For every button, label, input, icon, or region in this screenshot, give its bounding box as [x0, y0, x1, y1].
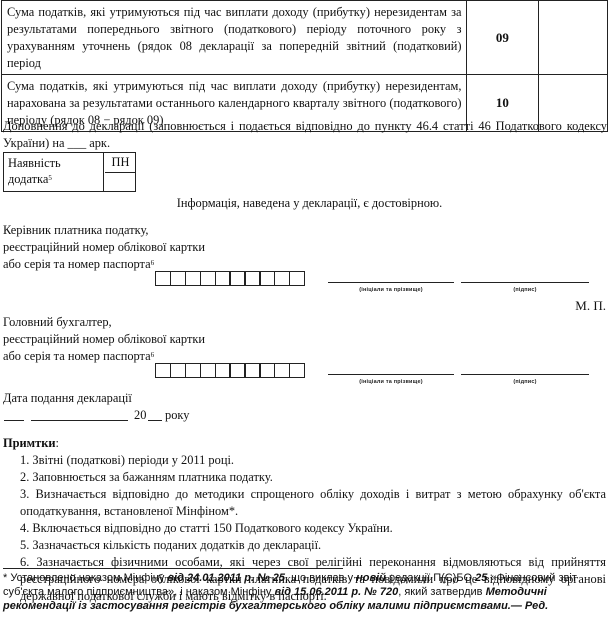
notes-title-text: Примтки — [3, 436, 55, 450]
accountant-signature-line[interactable] — [461, 374, 589, 375]
id-cell[interactable] — [229, 363, 245, 378]
accountant-name-line[interactable] — [328, 374, 454, 375]
date-year-prefix: 20 — [134, 407, 146, 424]
row-value-field[interactable] — [539, 1, 608, 75]
accountant-label-line: Головний бухгалтер, — [3, 314, 205, 331]
attachment-label: Наявність додатка5 — [4, 153, 104, 191]
date-year-suffix: року — [165, 407, 189, 424]
footnote-ref: 6 — [151, 259, 155, 267]
id-cell[interactable] — [185, 271, 201, 286]
submission-date-row: 20 року — [3, 407, 203, 424]
id-cell[interactable] — [244, 363, 260, 378]
id-cell[interactable] — [155, 271, 171, 286]
accountant-label-line: або серія та номер паспорта — [3, 349, 151, 363]
id-cell[interactable] — [289, 271, 305, 286]
footnote-ref: 5 — [48, 174, 52, 182]
id-cell[interactable] — [259, 271, 275, 286]
id-cell[interactable] — [215, 271, 231, 286]
note-item: 4. Включається відповідно до статті 150 … — [20, 520, 606, 537]
supplement-text: Доповнення до декларації (заповнюється і… — [3, 118, 607, 152]
attestation-text: Інформація, наведена у декларації, є дос… — [0, 195, 609, 212]
director-label-line: реєстраційний номер облікової картки — [3, 239, 205, 256]
note-item: 6. Зазначається фізичними особами, які ч… — [20, 554, 606, 605]
accountant-signature-caption: (підпис) — [461, 379, 589, 385]
id-cell[interactable] — [289, 363, 305, 378]
date-month-line[interactable] — [31, 420, 128, 421]
id-cell[interactable] — [200, 271, 216, 286]
table-row: Сума податків, які утримуються під час в… — [2, 1, 608, 75]
row-code: 09 — [466, 1, 539, 75]
note-item: 2. Заповнюється за бажанням платника под… — [20, 469, 606, 486]
id-cell[interactable] — [215, 363, 231, 378]
id-cell[interactable] — [229, 271, 245, 286]
date-day-line[interactable] — [4, 420, 24, 421]
id-cell[interactable] — [170, 271, 186, 286]
note-item: 5. Зазначається кількість поданих додатк… — [20, 537, 606, 554]
note-item: 1. Звітні (податкові) періоди у 2011 роц… — [20, 452, 606, 469]
footnote-ref: 6 — [151, 351, 155, 359]
note-item-text: 3. Визначається відповідно до методики с… — [20, 487, 606, 518]
date-year-line[interactable] — [148, 420, 162, 421]
stamp-label: М. П. — [575, 298, 606, 314]
director-signature-line[interactable] — [461, 282, 589, 283]
tax-table: Сума податків, які утримуються під час в… — [1, 0, 608, 132]
id-cell[interactable] — [170, 363, 186, 378]
attachment-label-text: Наявність додатка — [8, 156, 61, 186]
attachment-box: Наявність додатка5 ПН — [3, 152, 136, 192]
director-name-caption: (ініціали та прізвище) — [328, 287, 454, 293]
accountant-label: Головний бухгалтер, реєстраційний номер … — [3, 314, 205, 365]
id-cell[interactable] — [274, 363, 290, 378]
notes-title: Примтки: — [3, 435, 59, 452]
submission-date-label: Дата подання декларації — [3, 390, 132, 407]
director-name-line[interactable] — [328, 282, 454, 283]
director-label-line: або серія та номер паспорта — [3, 257, 151, 271]
id-cell[interactable] — [274, 271, 290, 286]
director-id-cells[interactable] — [155, 271, 305, 286]
attachment-pn-header: ПН — [105, 153, 136, 173]
accountant-id-cells[interactable] — [155, 363, 305, 378]
director-label-line: Керівник платника податку, — [3, 222, 205, 239]
id-cell[interactable] — [155, 363, 171, 378]
row-description: Сума податків, які утримуються під час в… — [2, 1, 467, 75]
id-cell[interactable] — [185, 363, 201, 378]
director-label: Керівник платника податку, реєстраційний… — [3, 222, 205, 273]
director-signature-caption: (підпис) — [461, 287, 589, 293]
id-cell[interactable] — [259, 363, 275, 378]
note-item: 3. Визначається відповідно до методики с… — [20, 486, 606, 520]
id-cell[interactable] — [200, 363, 216, 378]
accountant-label-line: реєстраційний номер облікової картки — [3, 331, 205, 348]
accountant-name-caption: (ініціали та прізвище) — [328, 379, 454, 385]
id-cell[interactable] — [244, 271, 260, 286]
attachment-pn-field[interactable] — [105, 173, 136, 191]
